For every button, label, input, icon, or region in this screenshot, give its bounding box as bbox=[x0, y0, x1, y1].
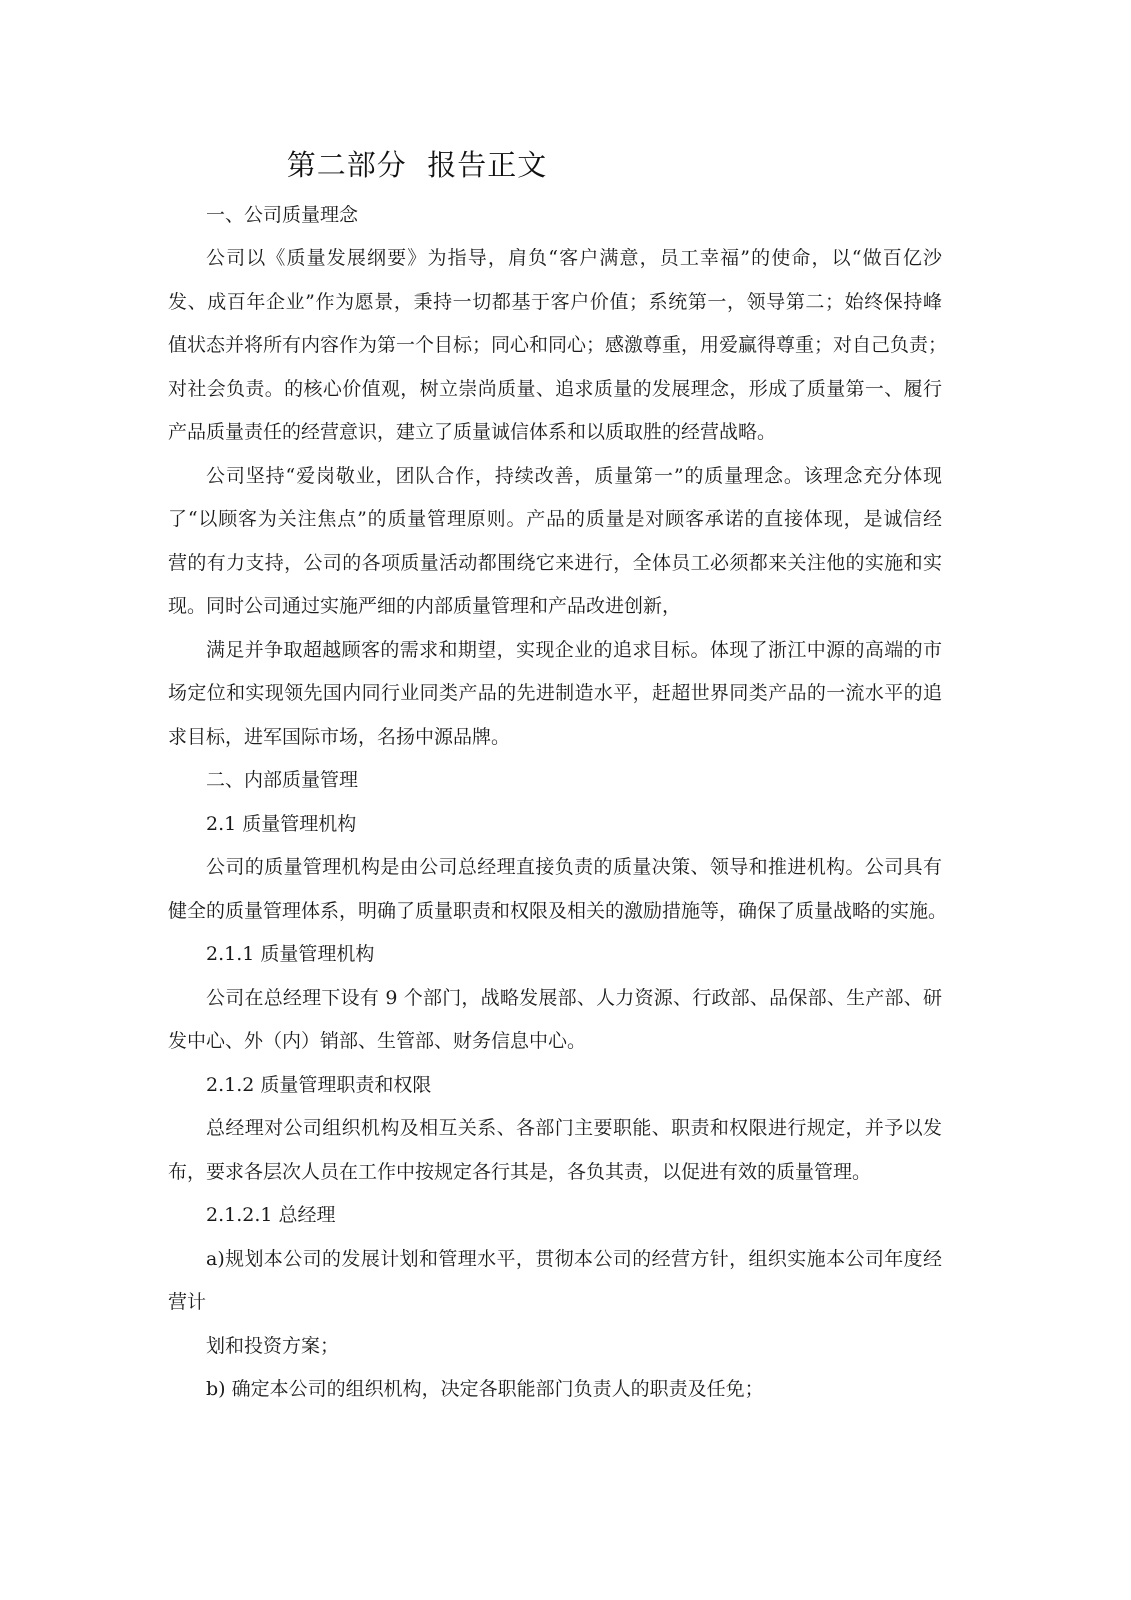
paragraph-line: 2.1.2.1 总经理 bbox=[206, 1202, 942, 1228]
paragraph-line: 现。同时公司通过实施严细的内部质量管理和产品改进创新， bbox=[168, 593, 942, 619]
paragraph-line: 划和投资方案； bbox=[206, 1333, 942, 1359]
paragraph-line: 公司坚持“爱岗敬业，团队合作，持续改善，质量第一”的质量理念。该理念充分体现 bbox=[206, 463, 942, 489]
paragraph-line: 2.1.1 质量管理机构 bbox=[206, 941, 942, 967]
page-title: 第二部分 报告正文 bbox=[0, 143, 834, 184]
paragraph-line: 营计 bbox=[168, 1289, 942, 1315]
paragraph-line: a)规划本公司的发展计划和管理水平，贯彻本公司的经营方针，组织实施本公司年度经 bbox=[206, 1246, 942, 1272]
paragraph-line: 健全的质量管理体系，明确了质量职责和权限及相关的激励措施等，确保了质量战略的实施… bbox=[168, 898, 942, 924]
paragraph-line: 产品质量责任的经营意识，建立了质量诚信体系和以质取胜的经营战略。 bbox=[168, 419, 942, 445]
paragraph-line: 满足并争取超越顾客的需求和期望，实现企业的追求目标。体现了浙江中源的高端的市 bbox=[206, 637, 942, 663]
paragraph-line: 2.1.2 质量管理职责和权限 bbox=[206, 1072, 942, 1098]
paragraph-line: 了“以顾客为关注焦点”的质量管理原则。产品的质量是对顾客承诺的直接体现，是诚信经 bbox=[168, 506, 942, 532]
paragraph-line: 发、成百年企业”作为愿景，秉持一切都基于客户价值；系统第一，领导第二；始终保持峰 bbox=[168, 289, 942, 315]
paragraph-line: 布，要求各层次人员在工作中按规定各行其是，各负其责，以促进有效的质量管理。 bbox=[168, 1159, 942, 1185]
paragraph-line: 发中心、外（内）销部、生管部、财务信息中心。 bbox=[168, 1028, 942, 1054]
paragraph-line: 二、内部质量管理 bbox=[206, 767, 942, 793]
paragraph-line: 值状态并将所有内容作为第一个目标；同心和同心；感激尊重，用爱赢得尊重；对自己负责… bbox=[168, 332, 942, 358]
paragraph-line: 公司的质量管理机构是由公司总经理直接负责的质量决策、领导和推进机构。公司具有 bbox=[206, 854, 942, 880]
paragraph-line: 一、公司质量理念 bbox=[206, 202, 942, 228]
paragraph-line: 总经理对公司组织机构及相互关系、各部门主要职能、职责和权限进行规定，并予以发 bbox=[206, 1115, 942, 1141]
paragraph-line: 营的有力支持，公司的各项质量活动都围绕它来进行，全体员工必须都来关注他的实施和实 bbox=[168, 550, 942, 576]
paragraph-line: 求目标，进军国际市场，名扬中源品牌。 bbox=[168, 724, 942, 750]
paragraph-line: 2.1 质量管理机构 bbox=[206, 811, 942, 837]
paragraph-line: 场定位和实现领先国内同行业同类产品的先进制造水平，赶超世界同类产品的一流水平的追 bbox=[168, 680, 942, 706]
paragraph-line: 对社会负责。的核心价值观，树立崇尚质量、追求质量的发展理念，形成了质量第一、履行 bbox=[168, 376, 942, 402]
paragraph-line: 公司在总经理下设有 9 个部门，战略发展部、人力资源、行政部、品保部、生产部、研 bbox=[206, 985, 942, 1011]
paragraph-line: 公司以《质量发展纲要》为指导，肩负“客户满意，员工幸福”的使命，以“做百亿沙 bbox=[206, 245, 942, 271]
paragraph-line: b) 确定本公司的组织机构，决定各职能部门负责人的职责及任免； bbox=[206, 1376, 942, 1402]
